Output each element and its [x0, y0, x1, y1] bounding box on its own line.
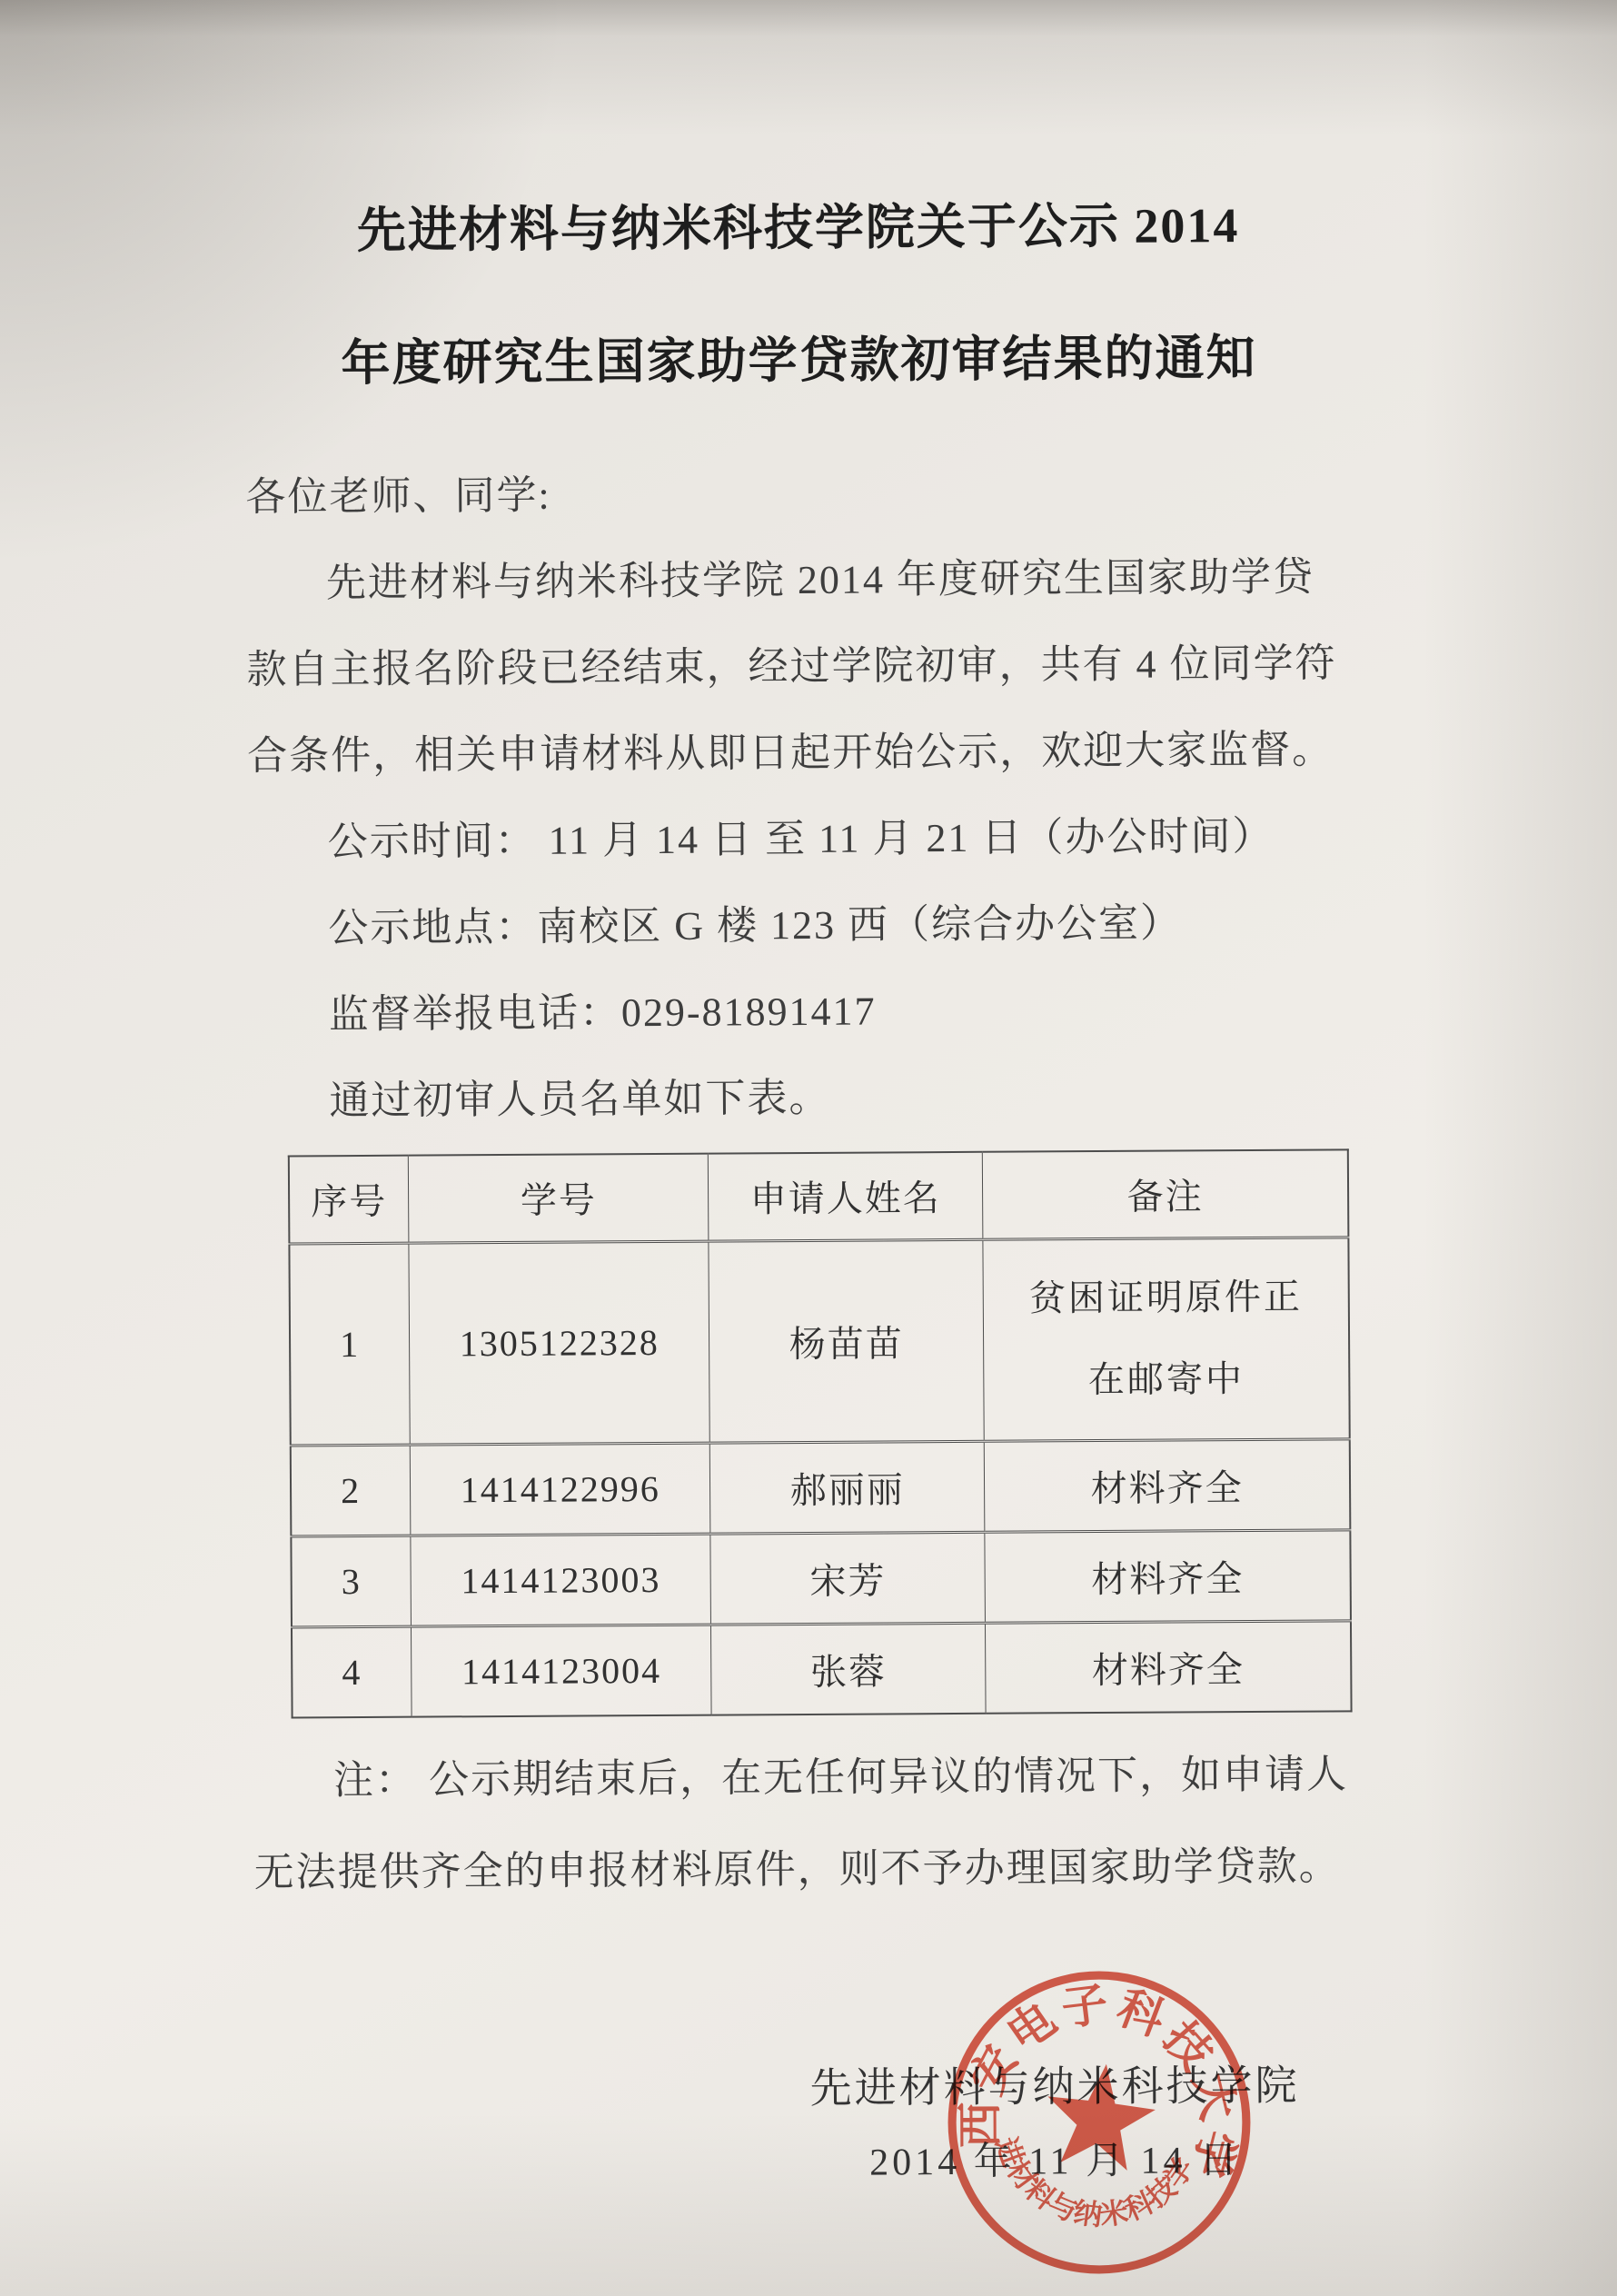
body-line-3: 合条件，相关申请材料从即日起开始公示，欢迎大家监督。: [247, 706, 1356, 799]
seal-graphic: 西安电子科技大学 先进材料与纳米科技学院: [925, 1948, 1273, 2296]
title-line-1: 先进材料与纳米科技学院关于公示 2014: [243, 158, 1353, 297]
cell-student-id: 1414123004: [412, 1625, 712, 1717]
cell-applicant-name: 宋芳: [710, 1532, 986, 1625]
col-header-remark: 备注: [983, 1149, 1349, 1238]
cell-applicant-name: 杨苗苗: [709, 1239, 984, 1443]
cell-no: 4: [292, 1626, 412, 1718]
report-phone-line: 监督举报电话：029-81891417: [249, 965, 1358, 1058]
cell-remark: 材料齐全: [985, 1529, 1351, 1622]
greeting-line: 各位老师、同学:: [245, 447, 1354, 540]
col-header-student-id: 学号: [409, 1154, 709, 1243]
table-row: 3 1414123003 宋芳 材料齐全: [291, 1529, 1351, 1626]
title-line-2: 年度研究生国家助学贷款初审结果的通知: [244, 291, 1354, 430]
seal-star-icon: [1040, 2057, 1160, 2172]
publicity-time-line: 公示时间： 11 月 14 日 至 11 月 21 日（办公时间）: [247, 792, 1356, 885]
official-seal-stamp: 西安电子科技大学 先进材料与纳米科技学院: [925, 1948, 1273, 2296]
note-line-1: 注： 公示期结束后，在无任何异议的情况下，如申请人: [253, 1728, 1363, 1826]
table-row: 1 1305122328 杨苗苗 贫困证明原件正在邮寄中: [289, 1237, 1349, 1445]
body-line-1: 先进材料与纳米科技学院 2014 年度研究生国家助学贷: [246, 533, 1355, 626]
cell-no: 2: [291, 1445, 411, 1536]
cell-no: 1: [289, 1243, 410, 1446]
notice-title: 先进材料与纳米科技学院关于公示 2014 年度研究生国家助学贷款初审结果的通知: [243, 158, 1354, 430]
cell-applicant-name: 郝丽丽: [709, 1441, 985, 1534]
cell-remark: 材料齐全: [984, 1438, 1350, 1531]
table-header-row: 序号 学号 申请人姓名 备注: [289, 1149, 1349, 1243]
notice-content: 先进材料与纳米科技学院关于公示 2014 年度研究生国家助学贷款初审结果的通知 …: [243, 158, 1364, 2203]
cell-remark: 贫困证明原件正在邮寄中: [983, 1237, 1350, 1440]
applicants-table: 序号 学号 申请人姓名 备注 1 1305122328 杨苗苗 贫困证明原件正在…: [288, 1148, 1353, 1718]
note-line-2: 无法提供齐全的申报材料原件，则不予办理国家助学贷款。: [253, 1820, 1363, 1918]
scanned-notice-page: 先进材料与纳米科技学院关于公示 2014 年度研究生国家助学贷款初审结果的通知 …: [0, 0, 1617, 2296]
col-header-applicant-name: 申请人姓名: [709, 1152, 984, 1241]
cell-applicant-name: 张蓉: [711, 1623, 987, 1715]
publicity-place-line: 公示地点：南校区 G 楼 123 西（综合办公室）: [248, 879, 1357, 971]
table-intro-line: 通过初审人员名单如下表。: [249, 1051, 1358, 1144]
col-header-no: 序号: [289, 1156, 409, 1244]
cell-remark: 材料齐全: [986, 1620, 1352, 1713]
table-row: 2 1414122996 郝丽丽 材料齐全: [291, 1438, 1351, 1536]
cell-student-id: 1414123003: [411, 1534, 711, 1626]
cell-student-id: 1414122996: [411, 1443, 711, 1536]
body-line-2: 款自主报名阶段已经结束，经过学院初审，共有 4 位同学符: [246, 620, 1355, 712]
table-row: 4 1414123004 张蓉 材料齐全: [292, 1620, 1352, 1717]
cell-no: 3: [291, 1536, 411, 1627]
cell-student-id: 1305122328: [409, 1241, 709, 1445]
remark-text: 贫困证明原件正在邮寄中: [1026, 1257, 1306, 1422]
